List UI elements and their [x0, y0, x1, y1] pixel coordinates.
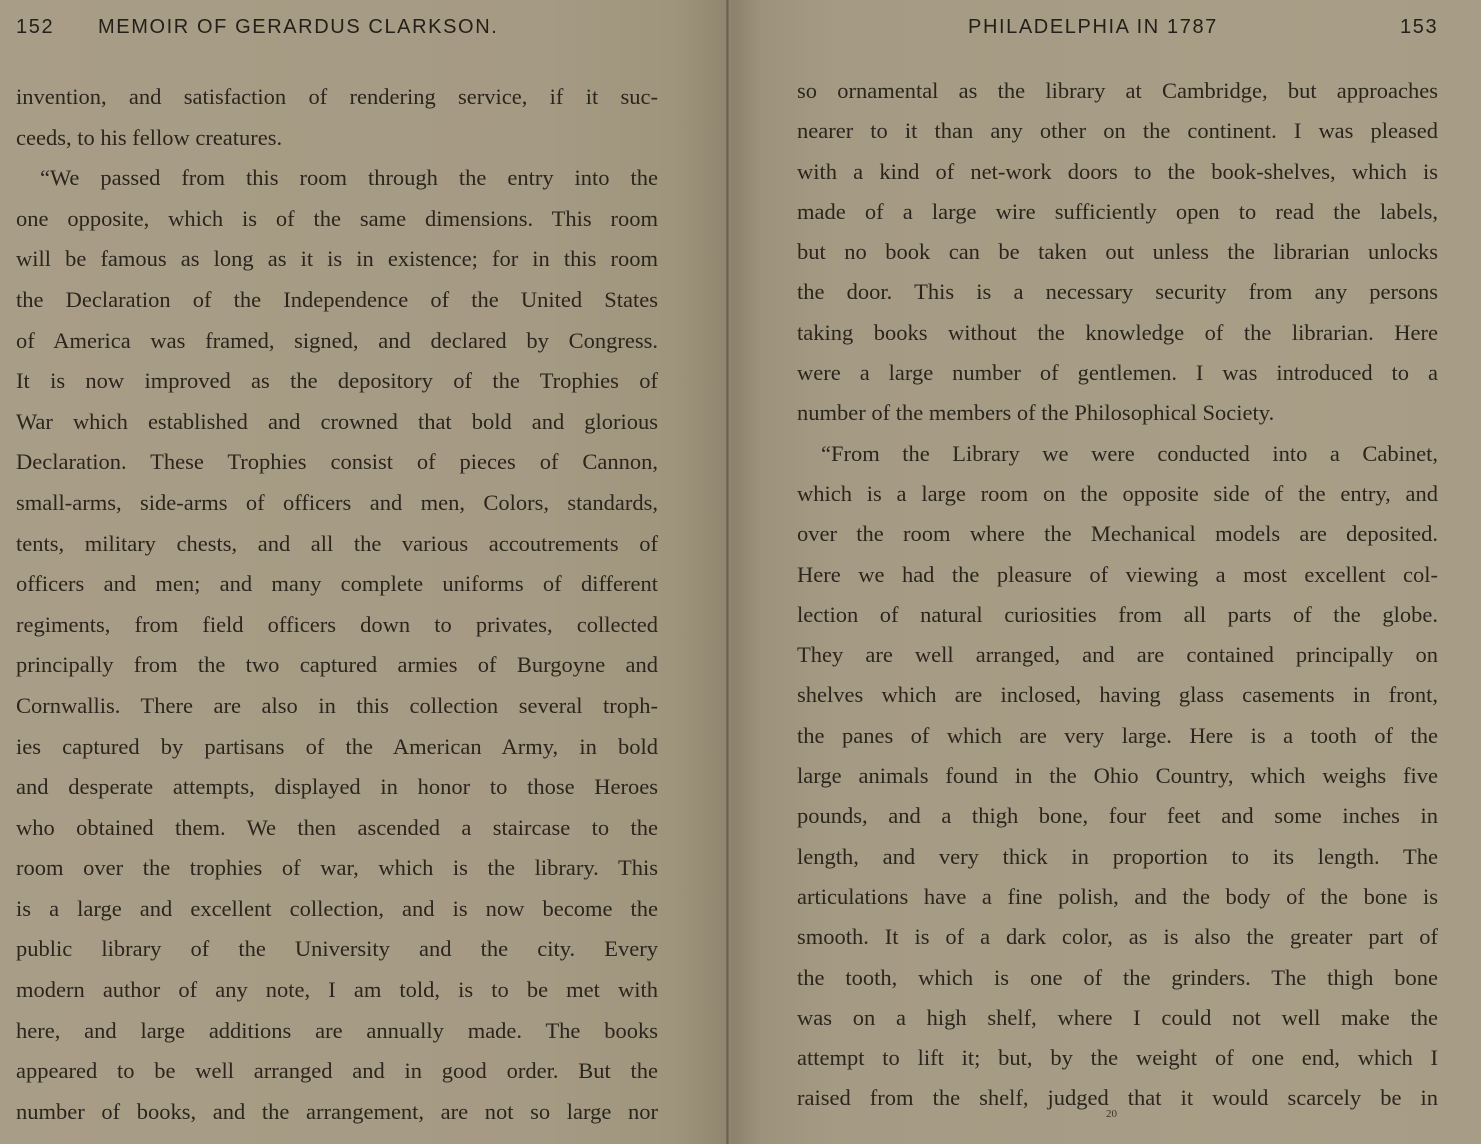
page-number-left: 152: [16, 16, 54, 39]
text-line: pounds, and a thigh bone, four feet and …: [797, 796, 1438, 836]
text-line: taking books without the knowledge of th…: [797, 313, 1438, 353]
running-head-left: MEMOIR OF GERARDUS CLARKSON.: [98, 16, 498, 39]
text-line: which is a large room on the opposite si…: [797, 474, 1438, 514]
text-line: It is now improved as the depository of …: [16, 361, 658, 402]
book-gutter: [726, 0, 729, 1144]
signature-mark: 20: [1106, 1108, 1117, 1120]
text-line: with a kind of net-work doors to the boo…: [797, 152, 1438, 192]
text-line: so ornamental as the library at Cambridg…: [797, 71, 1438, 111]
text-line: lection of natural curiosities from all …: [797, 595, 1438, 635]
text-line: They are well arranged, and are containe…: [797, 635, 1438, 675]
text-line: number of the members of the Philosophic…: [797, 393, 1438, 433]
text-line: raised from the shelf, judged that it wo…: [797, 1078, 1438, 1118]
text-line: the tooth, which is one of the grinders.…: [797, 958, 1438, 998]
text-line: modern author of any note, I am told, is…: [16, 970, 658, 1011]
left-page: 152 MEMOIR OF GERARDUS CLARKSON. inventi…: [0, 0, 732, 1144]
text-line: was on a high shelf, where I could not w…: [797, 998, 1438, 1038]
text-line: over the room where the Mechanical model…: [797, 514, 1438, 554]
text-line: public library of the University and the…: [16, 929, 658, 970]
book-spread: 152 MEMOIR OF GERARDUS CLARKSON. inventi…: [0, 0, 1481, 1144]
text-line: will be famous as long as it is in exist…: [16, 239, 658, 280]
text-line: regiments, from field officers down to p…: [16, 605, 658, 646]
text-line: and desperate attempts, displayed in hon…: [16, 767, 658, 808]
text-line: principally from the two captured armies…: [16, 645, 658, 686]
text-line: one opposite, which is of the same dimen…: [16, 199, 658, 240]
text-line: the panes of which are very large. Here …: [797, 716, 1438, 756]
text-line: ceeds, to his fellow creatures.: [16, 118, 658, 159]
text-line: Here we had the pleasure of viewing a mo…: [797, 555, 1438, 595]
text-line: shelves which are inclosed, having glass…: [797, 675, 1438, 715]
right-page-body: so ornamental as the library at Cambridg…: [797, 71, 1438, 1119]
text-line: appeared to be well arranged and in good…: [16, 1051, 658, 1092]
text-line: Declaration. These Trophies consist of p…: [16, 442, 658, 483]
text-line: officers and men; and many complete unif…: [16, 564, 658, 605]
text-line: large animals found in the Ohio Country,…: [797, 756, 1438, 796]
text-line: invention, and satisfaction of rendering…: [16, 77, 658, 118]
text-line: tents, military chests, and all the vari…: [16, 524, 658, 565]
text-line: is a large and excellent collection, and…: [16, 889, 658, 930]
text-line: War which established and crowned that b…: [16, 402, 658, 443]
text-line: but no book can be taken out unless the …: [797, 232, 1438, 272]
text-line: here, and large additions are annually m…: [16, 1011, 658, 1052]
text-line: attempt to lift it; but, by the weight o…: [797, 1038, 1438, 1078]
text-line: the Declaration of the Independence of t…: [16, 280, 658, 321]
text-line: were a large number of gentlemen. I was …: [797, 353, 1438, 393]
text-line: length, and very thick in proportion to …: [797, 837, 1438, 877]
left-page-body: invention, and satisfaction of rendering…: [16, 77, 658, 1132]
text-line: who obtained them. We then ascended a st…: [16, 808, 658, 849]
text-line: room over the trophies of war, which is …: [16, 848, 658, 889]
page-number-right: 153: [1400, 16, 1438, 39]
text-line: Cornwallis. There are also in this colle…: [16, 686, 658, 727]
text-line: of America was framed, signed, and decla…: [16, 321, 658, 362]
text-line: nearer to it than any other on the conti…: [797, 111, 1438, 151]
text-line: “We passed from this room through the en…: [16, 158, 658, 199]
text-line: made of a large wire sufficiently open t…: [797, 192, 1438, 232]
text-line: the door. This is a necessary security f…: [797, 272, 1438, 312]
text-line: articulations have a fine polish, and th…: [797, 877, 1438, 917]
text-line: smooth. It is of a dark color, as is als…: [797, 917, 1438, 957]
text-line: ies captured by partisans of the America…: [16, 727, 658, 768]
text-line: small-arms, side-arms of officers and me…: [16, 483, 658, 524]
running-head-right: PHILADELPHIA IN 1787: [968, 16, 1218, 39]
text-line: number of books, and the arrangement, ar…: [16, 1092, 658, 1133]
text-line: “From the Library we were conducted into…: [797, 434, 1438, 474]
